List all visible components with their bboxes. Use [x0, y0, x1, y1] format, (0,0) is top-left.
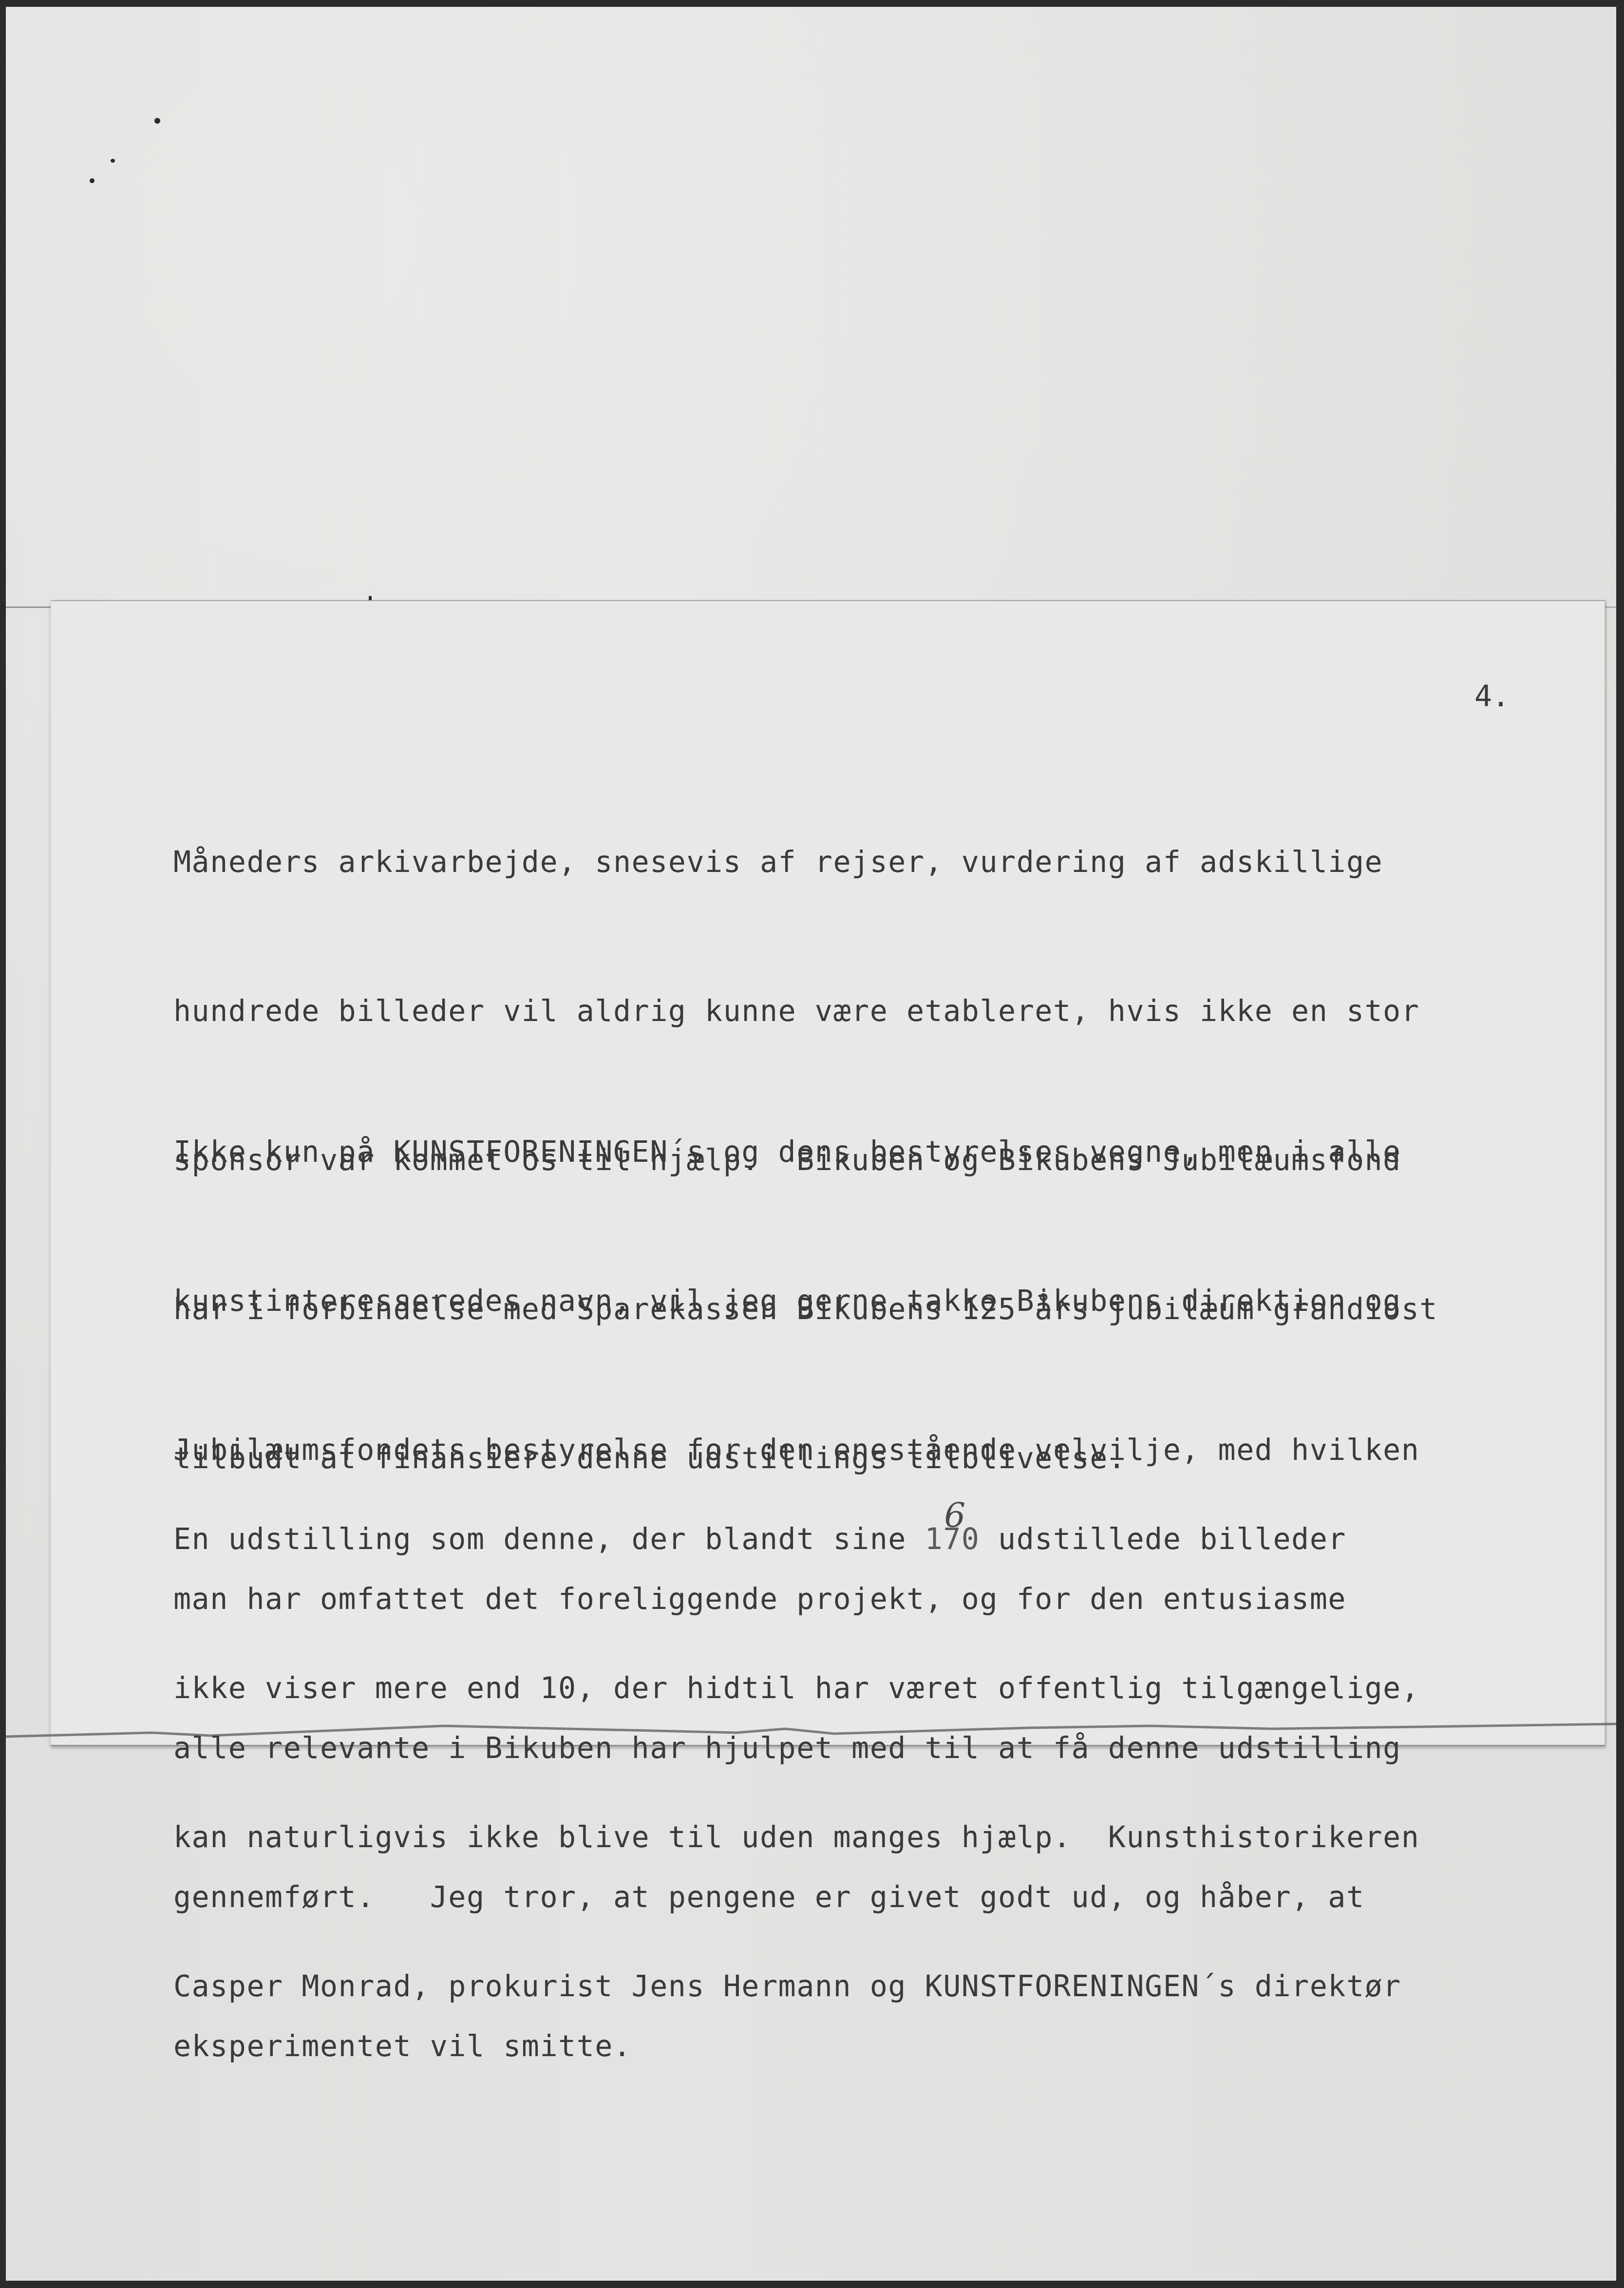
- text-fragment: En udstilling som denne, der blandt sine: [173, 1522, 925, 1556]
- paragraph-3: En udstilling som denne, der blandt sine…: [173, 1415, 1419, 2061]
- text-fragment: udstillede billeder: [980, 1522, 1346, 1556]
- text-line: Casper Monrad, prokurist Jens Hermann og…: [173, 1962, 1419, 2011]
- text-line: Måneders arkivarbejde, snesevis af rejse…: [173, 837, 1438, 887]
- punch-mark: [90, 178, 94, 183]
- text-line: kan naturligvis ikke blive til uden mang…: [173, 1813, 1419, 1862]
- text-line-with-correction: En udstilling som denne, der blandt sine…: [173, 1514, 1419, 1564]
- text-line: Ikke kun på KUNSTFORENINGEN´s og dens be…: [173, 1127, 1419, 1177]
- punch-mark: [111, 159, 115, 163]
- punch-mark: [154, 118, 160, 124]
- handwritten-correction: 6: [944, 1499, 966, 1533]
- text-line: ikke viser mere end 10, der hidtil har v…: [173, 1664, 1419, 1713]
- page-number: 4.: [1474, 680, 1510, 714]
- corrected-number: 1706: [925, 1514, 980, 1564]
- text-line: kunstinteresseredes navn, vil jeg gerne …: [173, 1276, 1419, 1326]
